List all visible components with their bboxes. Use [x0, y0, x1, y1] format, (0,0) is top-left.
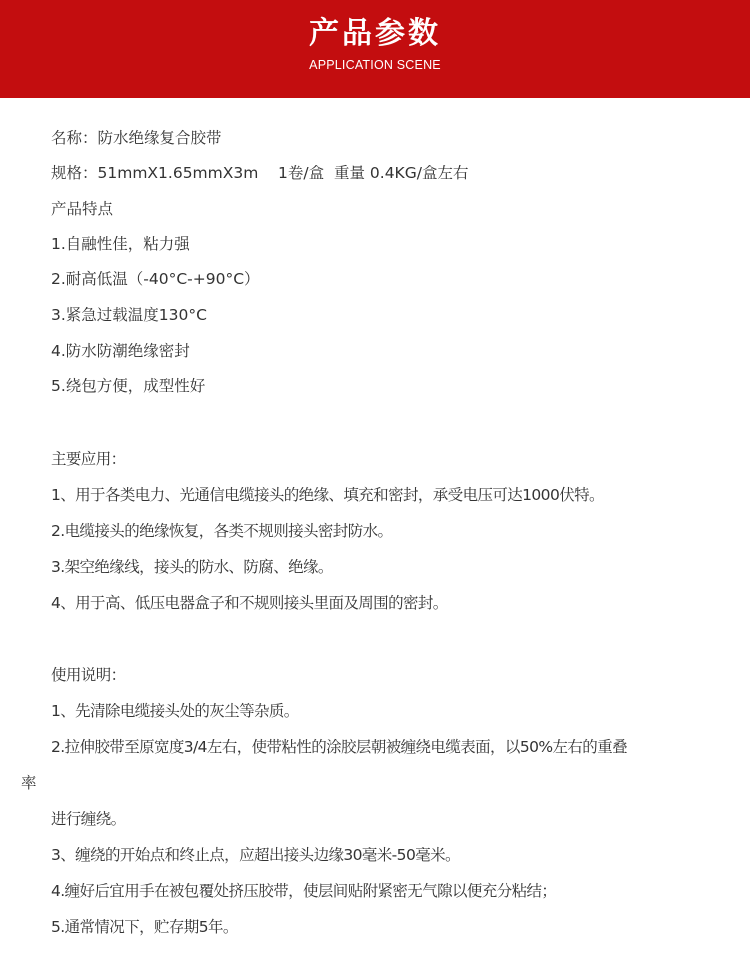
instruction-item: 2.拉伸胶带至原宽度3/4左右，使带粘性的涂胶层朝被缠绕电缆表面，以50%左右的…	[51, 736, 627, 758]
instruction-item-continued: 进行缠绕。	[51, 808, 126, 830]
application-item: 4、用于高、低压电器盒子和不规则接头里面及周围的密封。	[51, 592, 448, 614]
instruction-item: 3、缠绕的开始点和终止点，应超出接头边缘30毫米-50毫米。	[51, 844, 460, 866]
applications-heading: 主要应用：	[51, 448, 126, 470]
feature-item: 3.紧急过载温度130°C	[51, 304, 207, 326]
feature-item: 2.耐高低温（-40°C-+90°C）	[51, 268, 260, 290]
instructions-heading: 使用说明：	[51, 664, 126, 686]
features-heading: 产品特点	[51, 198, 113, 220]
application-item: 2.电缆接头的绝缘恢复，各类不规则接头密封防水。	[51, 520, 392, 542]
instruction-item: 5.通常情况下，贮存期5年。	[51, 916, 238, 938]
product-spec: 规格：51mmX1.65mmX3m 1卷/盒 重量 0.4KG/盒左右	[51, 162, 468, 184]
feature-item: 5.绕包方便，成型性好	[51, 375, 205, 397]
instruction-item: 4.缠好后宜用手在被包覆处挤压胶带，使层间贴附紧密无气隙以便充分粘结；	[51, 880, 556, 902]
application-item: 3.架空绝缘线，接头的防水、防腐、绝缘。	[51, 556, 333, 578]
instruction-item-wrap: 率	[21, 772, 36, 794]
instruction-item: 1、先清除电缆接头处的灰尘等杂质。	[51, 700, 299, 722]
application-item: 1、用于各类电力、光通信电缆接头的绝缘、填充和密封，承受电压可达1000伏特。	[51, 484, 604, 506]
feature-item: 1.自融性佳，粘力强	[51, 233, 190, 255]
feature-item: 4.防水防潮绝缘密封	[51, 340, 190, 362]
section-title: 产品参数	[0, 14, 750, 54]
section-header-banner: 产品参数 APPLICATION SCENE	[0, 0, 750, 98]
product-name: 名称：防水绝缘复合胶带	[51, 127, 222, 149]
section-subtitle: APPLICATION SCENE	[0, 57, 750, 73]
